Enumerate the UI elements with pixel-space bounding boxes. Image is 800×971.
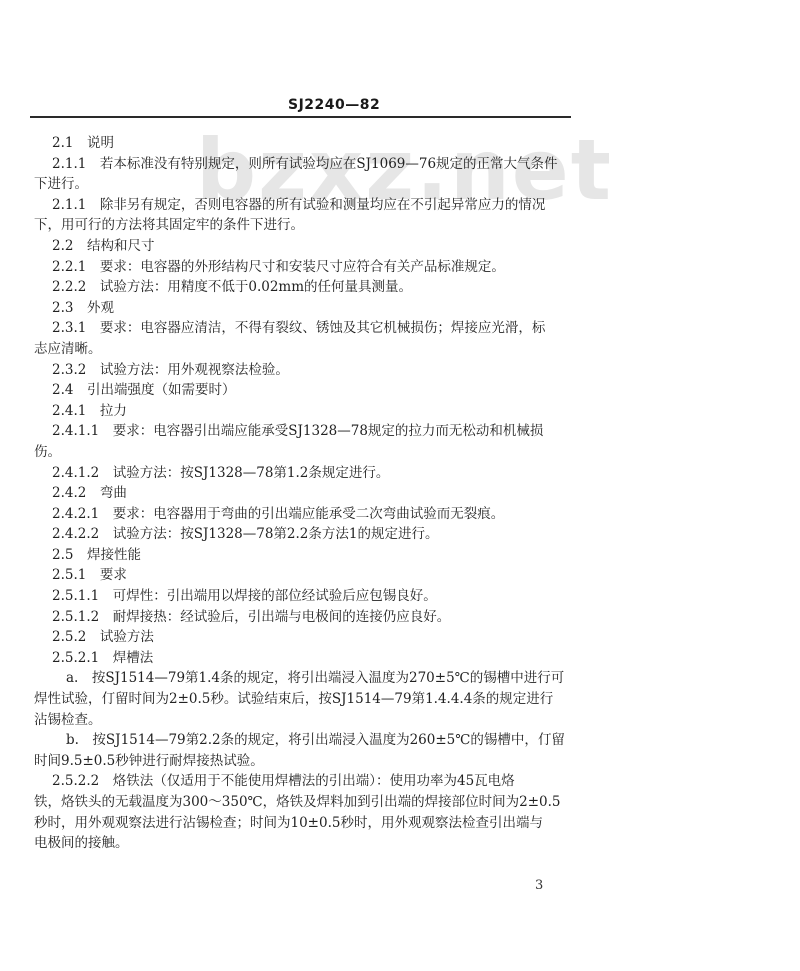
page-number: 3 [535, 878, 543, 893]
standard-code-header: SJ2240—82 [288, 97, 380, 113]
clause-2-5-1-2: 2.5.1.2 耐焊接热：经试验后，引出端与电极间的连接仍应良好。 [34, 607, 574, 628]
document-page: SJ2240—82 bzxz.net 2.1 说明 2.1.1 若本标准没有特别… [0, 0, 800, 971]
item-a-cont-1: 焊性试验，仃留时间为2±0.5秒。试验结束后，按SJ1514—79第1.4.4.… [34, 689, 574, 710]
clause-2-1-1-b-cont: 下，用可行的方法将其固定牢的条件下进行。 [34, 215, 574, 236]
clause-2-3-2: 2.3.2 试验方法：用外观视察法检验。 [34, 360, 574, 381]
clause-2-4-1-1-cont: 伤。 [34, 442, 574, 463]
section-2-3-heading: 2.3 外观 [34, 298, 574, 319]
item-a: a. 按SJ1514—79第1.4条的规定，将引出端浸入温度为270±5℃的锡槽… [34, 668, 574, 689]
clause-2-4-2-heading: 2.4.2 弯曲 [34, 483, 574, 504]
clause-2-1-1-a: 2.1.1 若本标准没有特别规定，则所有试验均应在SJ1069—76规定的正常大… [34, 154, 574, 175]
clause-2-5-1-1: 2.5.1.1 可焊性：引出端用以焊接的部位经试验后应包锡良好。 [34, 586, 574, 607]
item-b-cont: 时间9.5±0.5秒钟进行耐焊接热试验。 [34, 751, 574, 772]
clause-2-1-1-b: 2.1.1 除非另有规定，否则电容器的所有试验和测量均应在不引起异常应力的情况 [34, 195, 574, 216]
section-2-4-heading: 2.4 引出端强度（如需要时） [34, 380, 574, 401]
document-body: 2.1 说明 2.1.1 若本标准没有特别规定，则所有试验均应在SJ1069—7… [34, 133, 574, 854]
clause-2-4-2-2: 2.4.2.2 试验方法：按SJ1328—78第2.2条方法1的规定进行。 [34, 524, 574, 545]
clause-2-2-1: 2.2.1 要求：电容器的外形结构尺寸和安装尺寸应符合有关产品标准规定。 [34, 257, 574, 278]
clause-2-3-1: 2.3.1 要求：电容器应清洁，不得有裂纹、锈蚀及其它机械损伤；焊接应光滑，标 [34, 318, 574, 339]
item-a-cont-2: 沾锡检查。 [34, 710, 574, 731]
clause-2-4-2-1: 2.4.2.1 要求：电容器用于弯曲的引出端应能承受二次弯曲试验而无裂痕。 [34, 504, 574, 525]
clause-2-4-1-heading: 2.4.1 拉力 [34, 401, 574, 422]
item-b: b. 按SJ1514—79第2.2条的规定，将引出端浸入温度为260±5℃的锡槽… [34, 730, 574, 751]
section-2-5-heading: 2.5 焊接性能 [34, 545, 574, 566]
clause-2-5-1-heading: 2.5.1 要求 [34, 565, 574, 586]
clause-2-1-1-a-cont: 下进行。 [34, 174, 574, 195]
clause-2-5-2-2: 2.5.2.2 烙铁法（仅适用于不能使用焊槽法的引出端）：使用功率为45瓦电烙 [34, 771, 574, 792]
clause-2-5-2-1-heading: 2.5.2.1 焊槽法 [34, 648, 574, 669]
section-2-1-heading: 2.1 说明 [34, 133, 574, 154]
clause-2-2-2: 2.2.2 试验方法：用精度不低于0.02mm的任何量具测量。 [34, 277, 574, 298]
clause-2-5-2-2-cont-3: 电极间的接触。 [34, 833, 574, 854]
section-2-2-heading: 2.2 结构和尺寸 [34, 236, 574, 257]
clause-2-5-2-2-cont-2: 秒时，用外观观察法进行沾锡检查；时间为10±0.5秒时，用外观观察法检查引出端与 [34, 813, 574, 834]
clause-2-3-1-cont: 志应清晰。 [34, 339, 574, 360]
clause-2-5-2-heading: 2.5.2 试验方法 [34, 627, 574, 648]
header-rule [30, 116, 571, 118]
clause-2-4-1-2: 2.4.1.2 试验方法：按SJ1328—78第1.2条规定进行。 [34, 463, 574, 484]
clause-2-4-1-1: 2.4.1.1 要求：电容器引出端应能承受SJ1328—78规定的拉力而无松动和… [34, 421, 574, 442]
clause-2-5-2-2-cont-1: 铁，烙铁头的无载温度为300～350℃，烙铁及焊料加到引出端的焊接部位时间为2±… [34, 792, 574, 813]
